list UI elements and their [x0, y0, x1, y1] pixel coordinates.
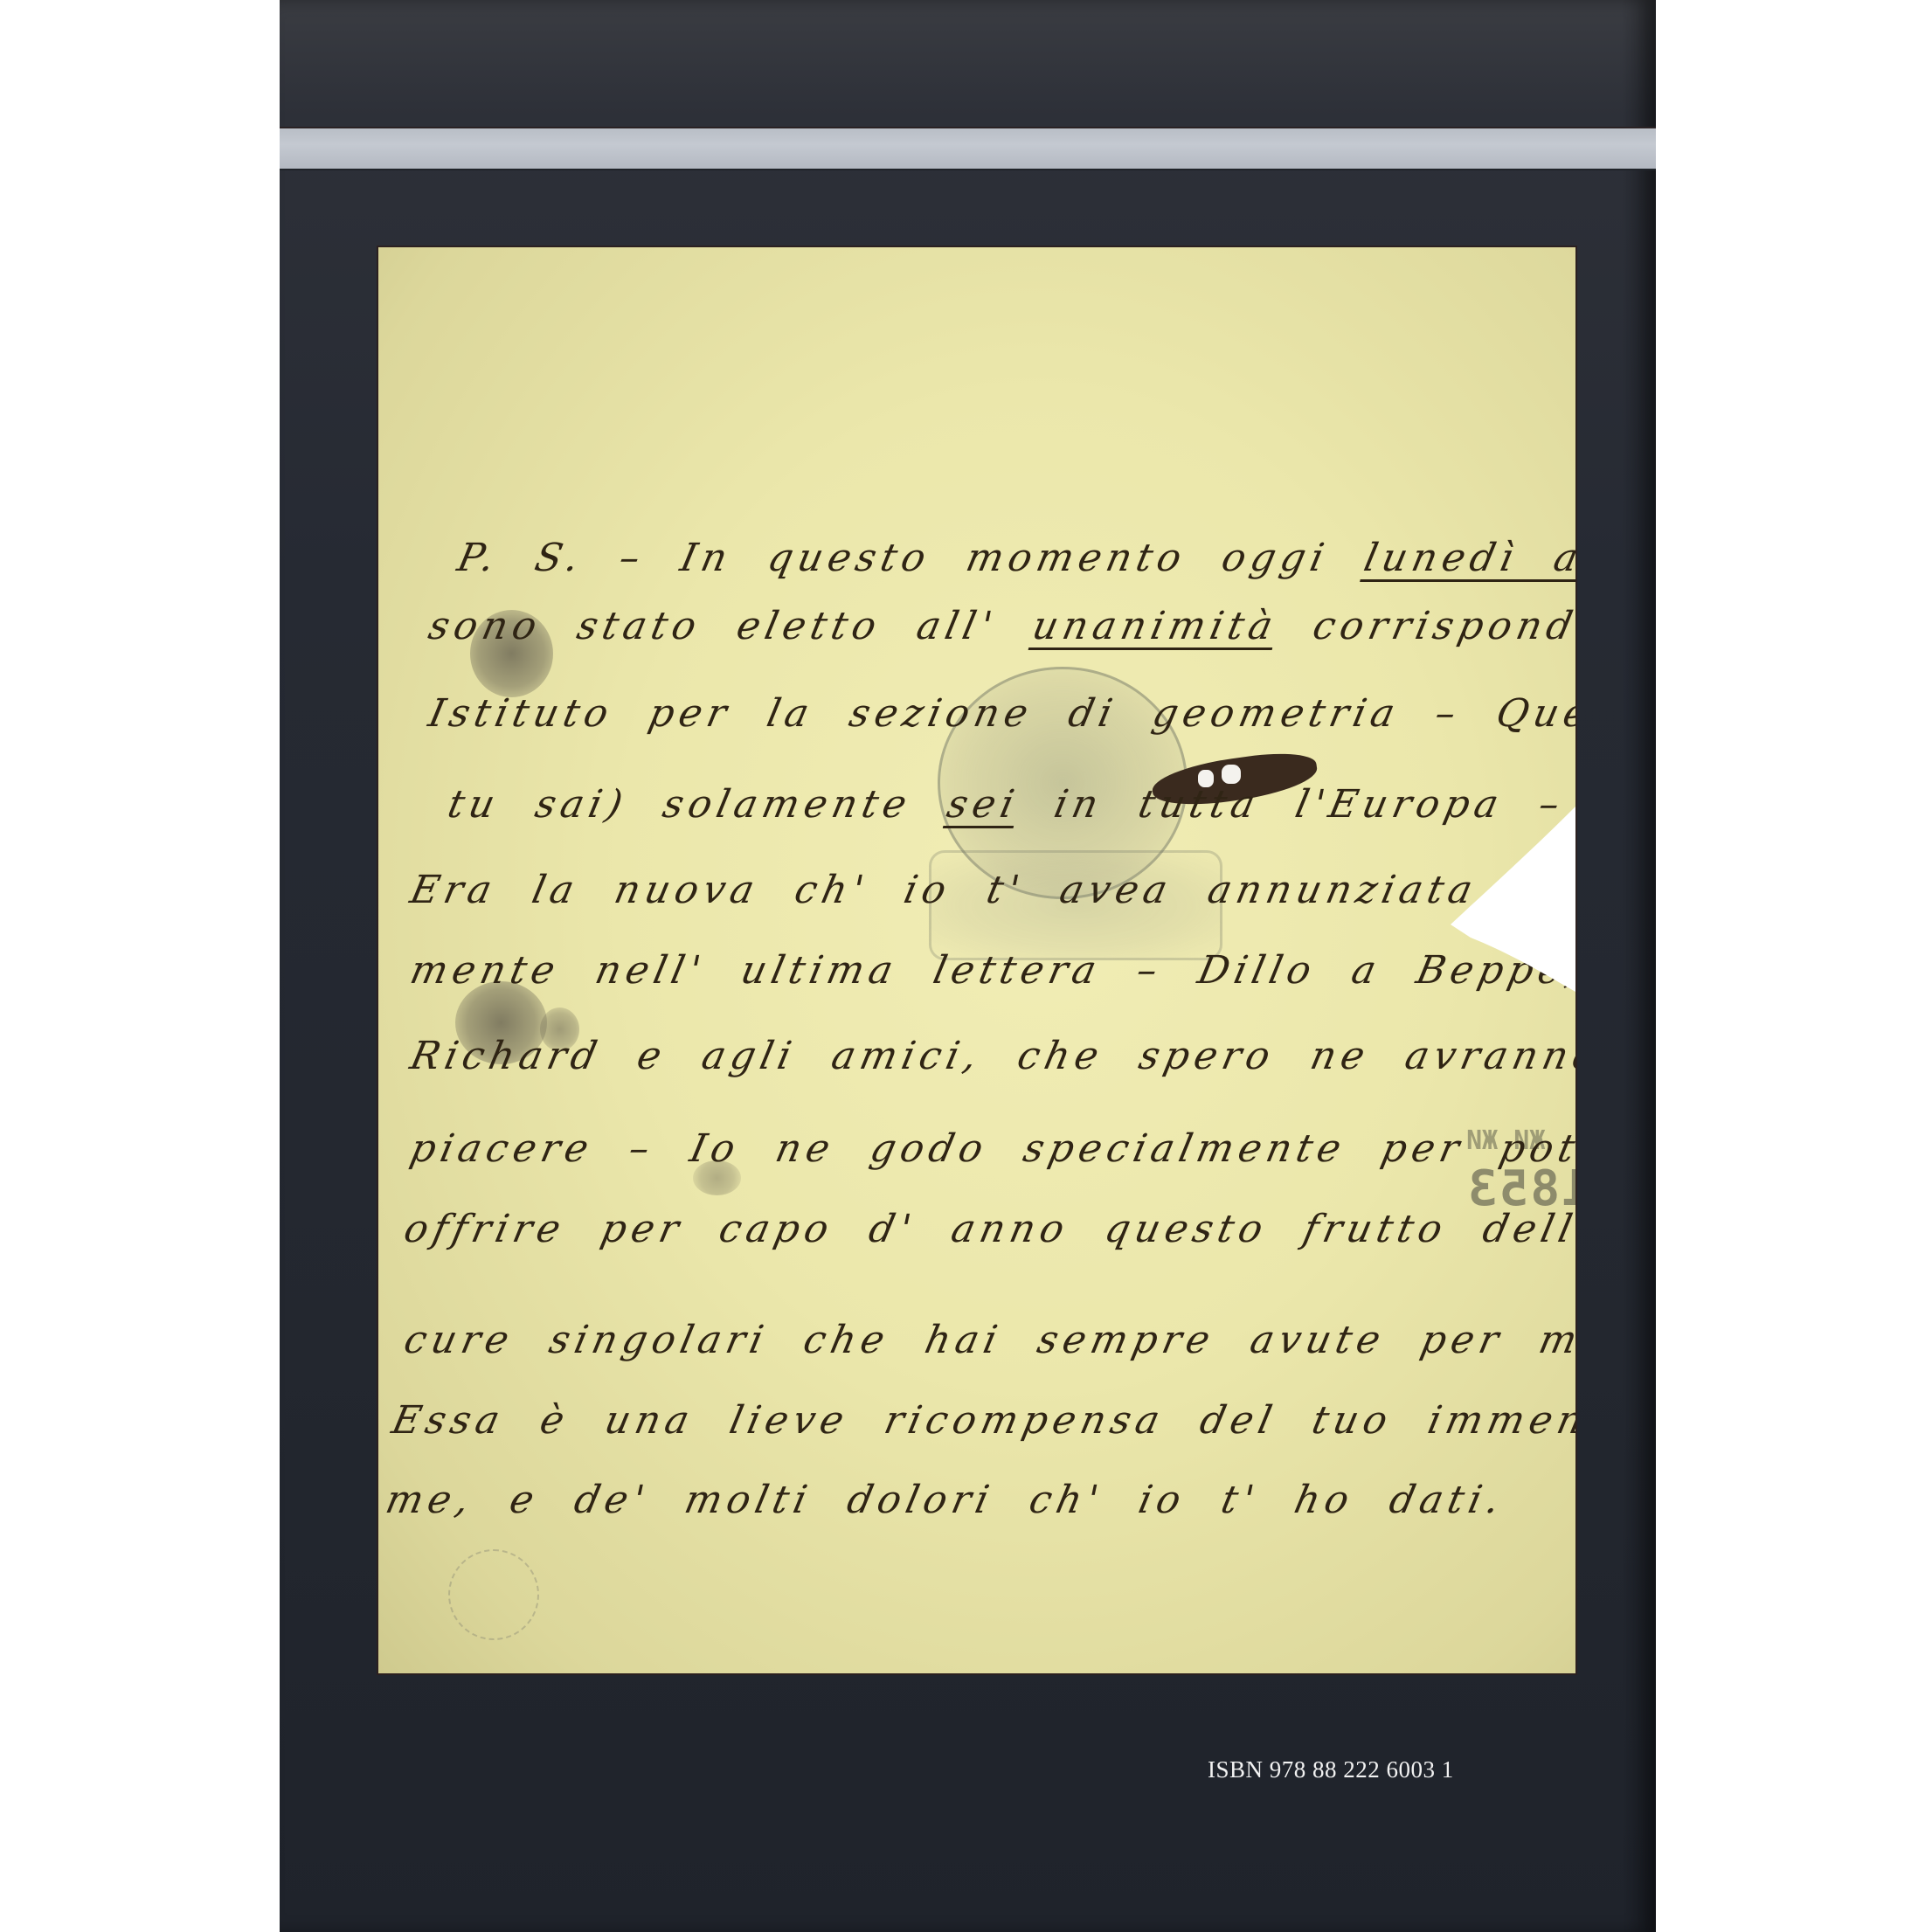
letter-line: me, e de' molti dolori ch' io t' ho dati… [382, 1478, 1509, 1522]
letter-line: sono stato eletto all' unanimità corrisp… [425, 604, 1575, 648]
isbn-label: ISBN 978 88 222 6003 1 [1208, 1756, 1454, 1783]
letter-line: cure singolari che hai sempre avute per … [400, 1318, 1575, 1362]
letter-line: Essa è una lieve ricompensa del tuo imme… [388, 1398, 1575, 1443]
letter-line: P. S. – In questo momento oggi lunedì al… [454, 536, 1575, 580]
letter-line: mente nell' ultima lettera – Dillo a Bep… [406, 948, 1575, 993]
manuscript-letter: ЖИ ЖИ 1853 P. S. – In questo momento ogg… [378, 247, 1575, 1673]
letter-line: piacere – Io ne godo specialmente per po… [406, 1126, 1575, 1171]
cover-stripe [280, 127, 1656, 170]
letter-line: offrire per capo d' anno questo frutto d… [400, 1207, 1575, 1251]
paper-hole [1222, 765, 1241, 784]
letter-line: Istituto per la sezione di geometria – Q… [425, 691, 1575, 736]
faint-round-stamp [448, 1549, 539, 1640]
letter-line: tu sai) solamente sei in tutta l'Europa … [444, 782, 1575, 827]
letter-line: Era la nuova ch' io t' avea annunziata m… [406, 868, 1575, 912]
letter-line: Richard e agli amici, che spero ne avran… [406, 1034, 1575, 1078]
